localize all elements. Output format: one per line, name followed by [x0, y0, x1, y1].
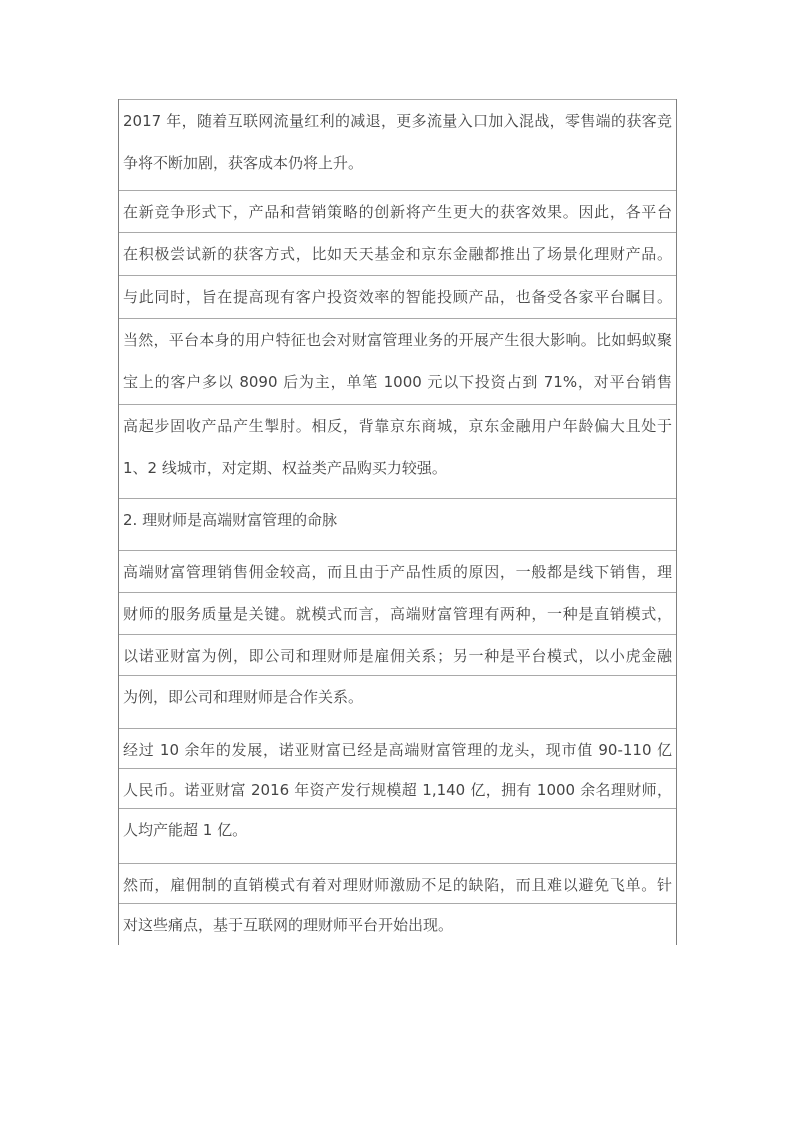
paragraph-block: 在新竞争形式下，产品和营销策略的创新将产生更大的获客效果。因此，各平台: [119, 190, 676, 232]
paragraph-block: 对这些痛点，基于互联网的理财师平台开始出现。: [119, 903, 676, 945]
paragraph-block: 高起步固收产品产生掣肘。相反，背靠京东商城，京东金融用户年龄偏大且处于 1、2 …: [119, 404, 676, 498]
document-page: 2017 年，随着互联网流量红利的减退，更多流量入口加入混战，零售端的获客竞争将…: [0, 0, 794, 1123]
paragraph-block: 财师的服务质量是关键。就模式而言，高端财富管理有两种，一种是直销模式，: [119, 592, 676, 634]
paragraph-block: 人民币。诺亚财富 2016 年资产发行规模超 1,140 亿，拥有 1000 余…: [119, 768, 676, 808]
paragraph-block: 以诺亚财富为例，即公司和理财师是雇佣关系；另一种是平台模式，以小虎金融: [119, 634, 676, 675]
paragraph-block: 与此同时，旨在提高现有客户投资效率的智能投顾产品，也备受各家平台瞩目。: [119, 275, 676, 318]
paragraph-block: 在积极尝试新的获客方式，比如天天基金和京东金融都推出了场景化理财产品。: [119, 232, 676, 275]
text-column: 2017 年，随着互联网流量红利的减退，更多流量入口加入混战，零售端的获客竞争将…: [118, 99, 677, 945]
paragraph-block: 当然，平台本身的用户特征也会对财富管理业务的开展产生很大影响。比如蚂蚁聚宝上的客…: [119, 318, 676, 404]
paragraph-block: 为例，即公司和理财师是合作关系。: [119, 675, 676, 728]
paragraph-block: 经过 10 余年的发展，诺亚财富已经是高端财富管理的龙头，现市值 90-110 …: [119, 728, 676, 768]
section-heading: 2. 理财师是高端财富管理的命脉: [119, 498, 676, 550]
paragraph-block: 人均产能超 1 亿。: [119, 808, 676, 863]
paragraph-block: 高端财富管理销售佣金较高，而且由于产品性质的原因，一般都是线下销售，理: [119, 550, 676, 592]
paragraph-block: 2017 年，随着互联网流量红利的减退，更多流量入口加入混战，零售端的获客竞争将…: [119, 99, 676, 190]
paragraph-block: 然而，雇佣制的直销模式有着对理财师激励不足的缺陷，而且难以避免飞单。针: [119, 863, 676, 903]
